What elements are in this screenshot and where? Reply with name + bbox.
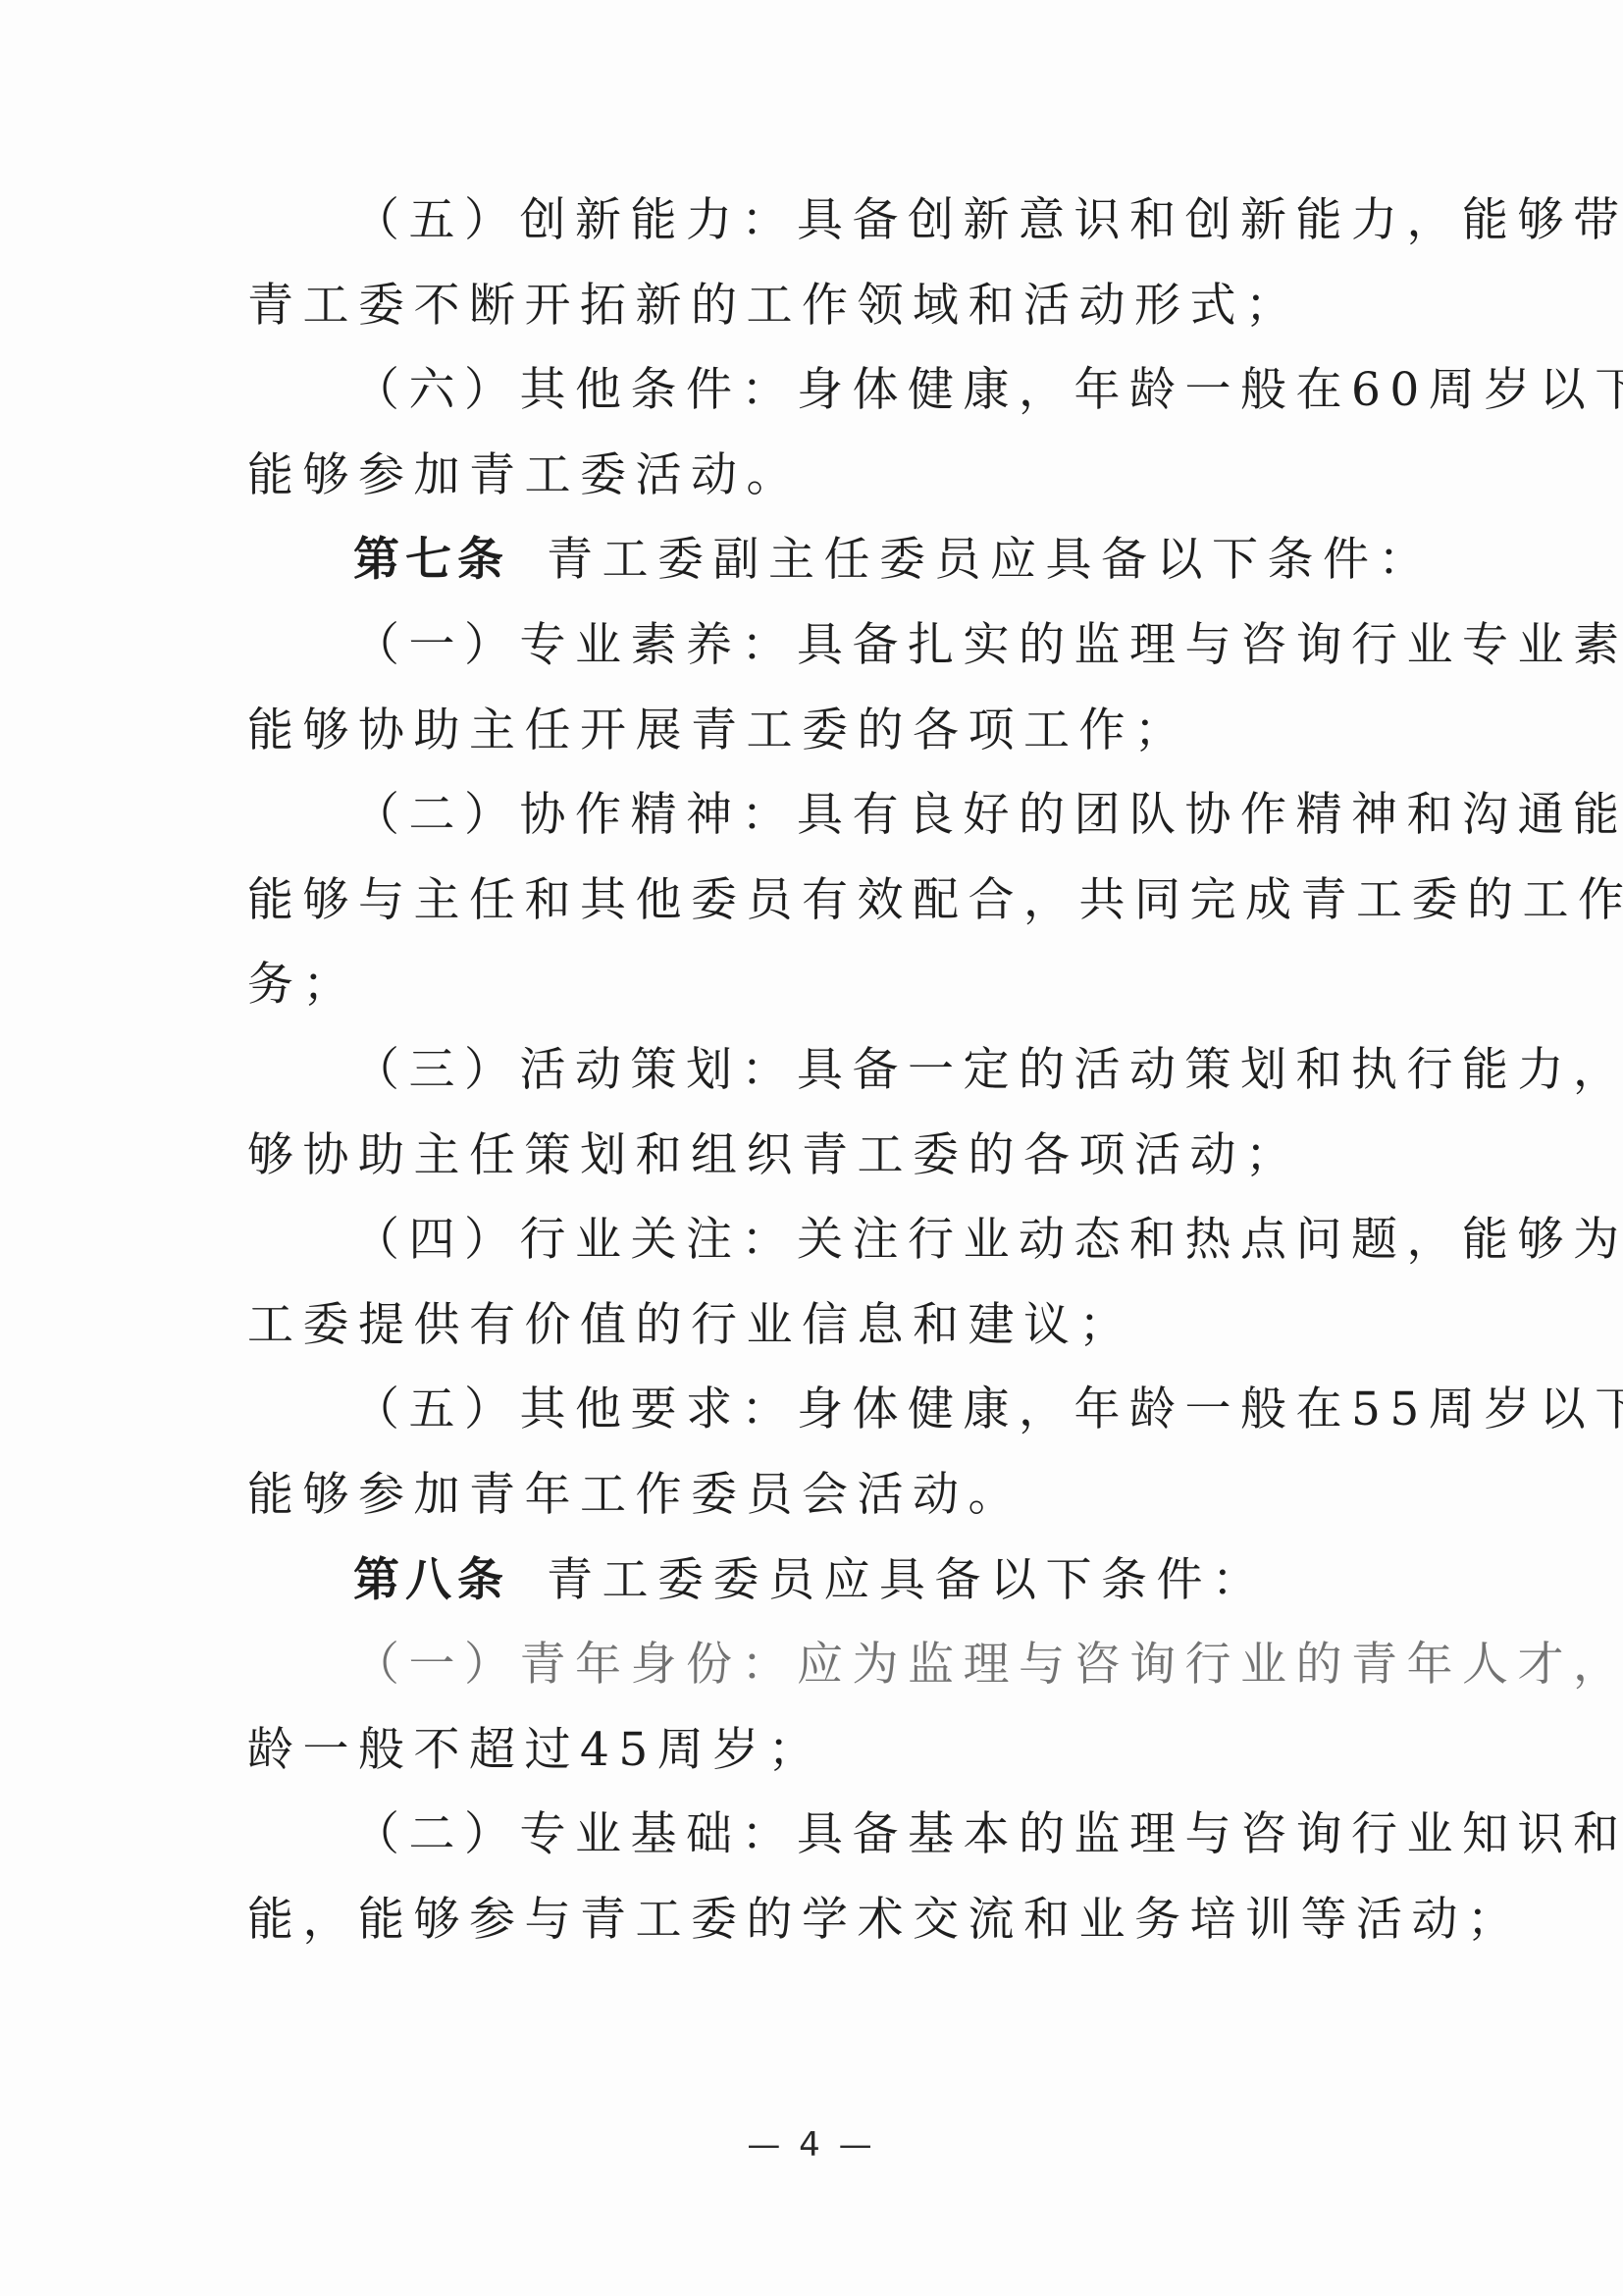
paragraph-line-item-3-planning: （三）活动策划：具备一定的活动策划和执行能力，能 bbox=[247, 1036, 1376, 1122]
paragraph-line-continuation: 工委提供有价值的行业信息和建议； bbox=[247, 1291, 1376, 1377]
paragraph-line-continuation: 青工委不断开拓新的工作领域和活动形式； bbox=[247, 272, 1376, 357]
paragraph-line-continuation: 能够协助主任开展青工委的各项工作； bbox=[247, 697, 1376, 782]
paragraph-line-continuation: 够协助主任策划和组织青工委的各项活动； bbox=[247, 1122, 1376, 1207]
paragraph-line-item-1-youth: （一）青年身份：应为监理与咨询行业的青年人才，年 bbox=[247, 1631, 1376, 1716]
paragraph-line-continuation: 能，能够参与青工委的学术交流和业务培训等活动； bbox=[247, 1886, 1376, 1971]
article-7-heading: 第七条青工委副主任委员应具备以下条件： bbox=[247, 526, 1376, 611]
paragraph-line-item-4-industry: （四）行业关注：关注行业动态和热点问题，能够为青 bbox=[247, 1206, 1376, 1291]
article-title: 青工委委员应具备以下条件： bbox=[547, 1553, 1268, 1607]
article-title: 青工委副主任委员应具备以下条件： bbox=[547, 533, 1434, 587]
paragraph-line-continuation: 能够参加青工委活动。 bbox=[247, 442, 1376, 527]
paragraph-line-item-5-innovation: （五）创新能力：具备创新意识和创新能力，能够带领 bbox=[247, 186, 1376, 272]
article-number: 第八条 bbox=[353, 1553, 509, 1607]
paragraph-line-item-2-teamwork: （二）协作精神：具有良好的团队协作精神和沟通能力， bbox=[247, 781, 1376, 866]
paragraph-line-continuation: 务； bbox=[247, 951, 1376, 1036]
paragraph-line-continuation: 龄一般不超过45周岁； bbox=[247, 1716, 1376, 1801]
document-page: （五）创新能力：具备创新意识和创新能力，能够带领 青工委不断开拓新的工作领域和活… bbox=[0, 0, 1623, 2296]
paragraph-line-item-1-expertise: （一）专业素养：具备扎实的监理与咨询行业专业素养， bbox=[247, 611, 1376, 697]
document-body: （五）创新能力：具备创新意识和创新能力，能够带领 青工委不断开拓新的工作领域和活… bbox=[247, 186, 1376, 1970]
article-8-heading: 第八条青工委委员应具备以下条件： bbox=[247, 1546, 1376, 1632]
paragraph-line-continuation: 能够与主任和其他委员有效配合，共同完成青工委的工作任 bbox=[247, 866, 1376, 952]
article-number: 第七条 bbox=[353, 533, 509, 587]
page-number: — 4 — bbox=[0, 2125, 1623, 2165]
paragraph-line-continuation: 能够参加青年工作委员会活动。 bbox=[247, 1461, 1376, 1546]
paragraph-line-item-6-other: （六）其他条件：身体健康，年龄一般在60周岁以下， bbox=[247, 356, 1376, 442]
paragraph-line-item-5-requirements: （五）其他要求：身体健康，年龄一般在55周岁以下， bbox=[247, 1376, 1376, 1461]
paragraph-line-item-2-foundation: （二）专业基础：具备基本的监理与咨询行业知识和技 bbox=[247, 1800, 1376, 1886]
